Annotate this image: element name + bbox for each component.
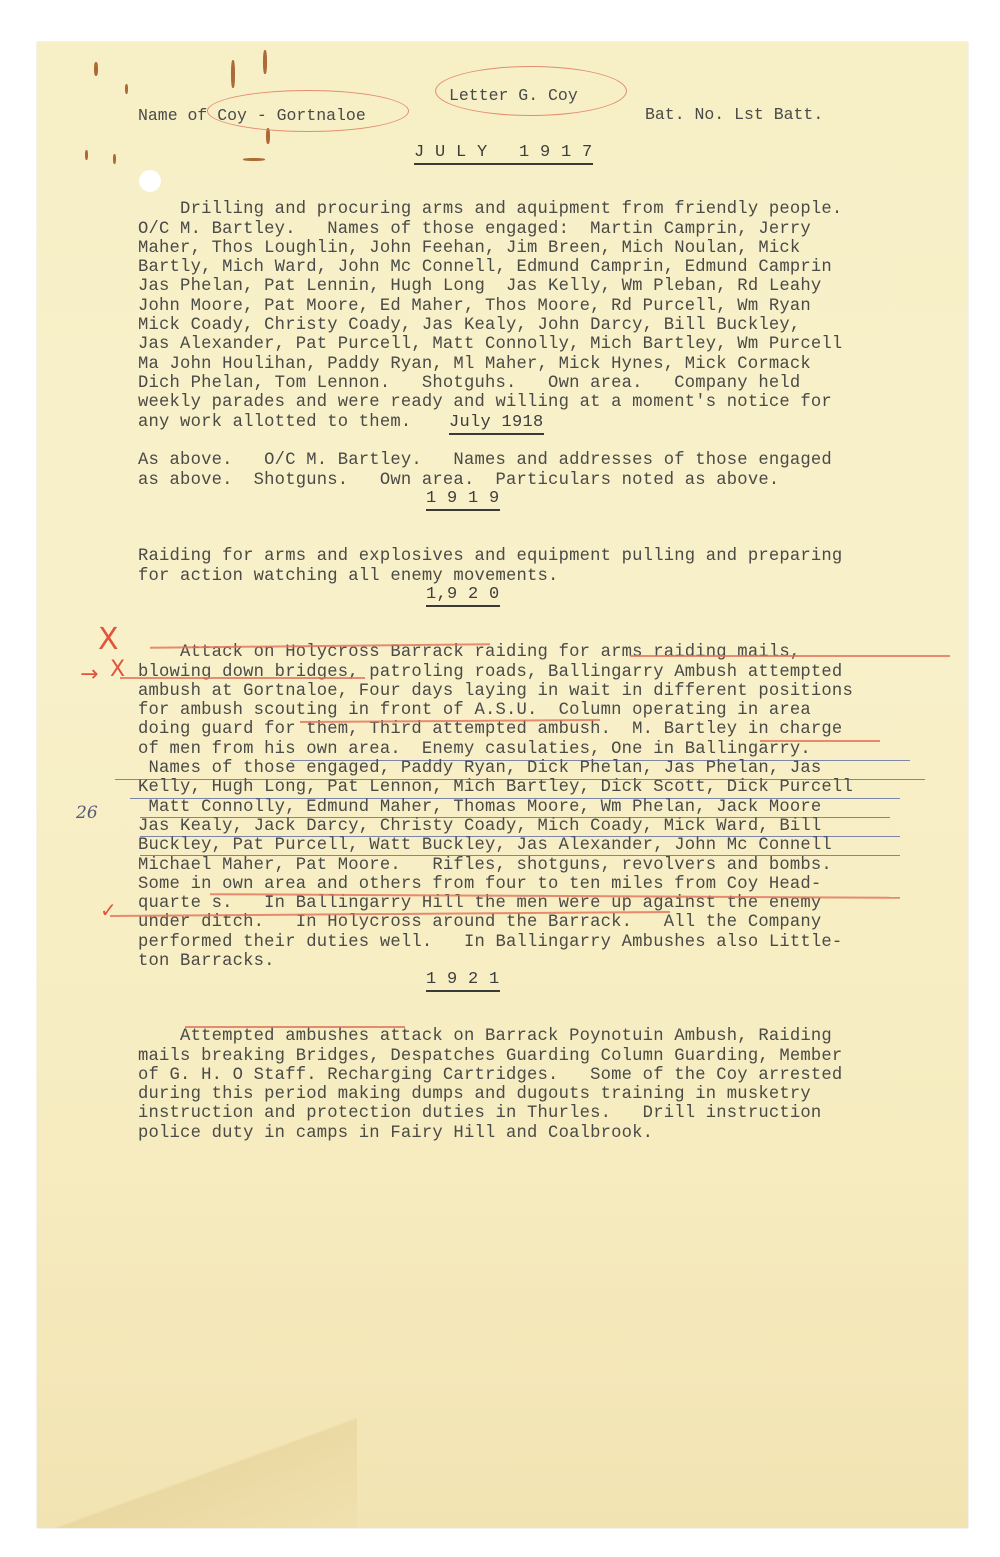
red-x-mark: X — [98, 625, 119, 655]
red-underline-annotation — [120, 677, 365, 679]
section-heading-1919: 1 9 1 9 — [426, 489, 500, 511]
red-x-mark: X — [110, 655, 125, 685]
text-line: Some in own area and others from four to… — [138, 875, 853, 894]
rust-stain — [113, 154, 116, 164]
text-line: performed their duties well. In Ballinga… — [138, 933, 853, 952]
red-circle-annotation — [207, 90, 409, 132]
red-underline-annotation — [185, 1026, 405, 1028]
text-line: ton Barracks. — [138, 952, 853, 971]
text-line: Bartly, Mich Ward, John Mc Connell, Edmu… — [138, 258, 842, 277]
text-line: Jas Phelan, Pat Lennin, Hugh Long Jas Ke… — [138, 277, 842, 296]
text-line: O/C M. Bartley. Names of those engaged: … — [138, 220, 842, 239]
section-heading-1920: 1,9 2 0 — [426, 585, 500, 607]
text-line: of men from his own area. Enemy casulati… — [138, 740, 853, 759]
text-line: police duty in camps in Fairy Hill and C… — [138, 1124, 842, 1143]
text-line: Jas Alexander, Pat Purcell, Matt Connoll… — [138, 335, 842, 354]
text-line: for ambush scouting in front of A.S.U. C… — [138, 701, 853, 720]
text-line: instruction and protection duties in Thu… — [138, 1104, 842, 1123]
blue-underline-annotation — [115, 779, 925, 780]
blue-underline-annotation — [140, 836, 900, 837]
text-line: weekly parades and were ready and willin… — [138, 393, 842, 412]
text-line: Jas Kealy, Jack Darcy, Christy Coady, Mi… — [138, 817, 853, 836]
text-line: during this period making dumps and dugo… — [138, 1085, 842, 1104]
text-line: of G. H. O Staff. Recharging Cartridges.… — [138, 1066, 842, 1085]
text-line: blowing down bridges, patroling roads, B… — [138, 663, 853, 682]
text-line: under ditch. In Holycross around the Bar… — [138, 913, 853, 932]
rust-stain — [125, 84, 128, 94]
red-underline-annotation — [760, 740, 880, 742]
red-arrow-mark: → — [80, 660, 98, 690]
text-line: John Moore, Pat Moore, Ed Maher, Thos Mo… — [138, 297, 842, 316]
text-line: doing guard for them, Third attempted am… — [138, 720, 853, 739]
text-line: Kelly, Hugh Long, Pat Lennon, Mich Bartl… — [138, 778, 853, 797]
section-heading-1917: J U L Y 1 9 1 7 — [414, 143, 593, 165]
text-line: Dich Phelan, Tom Lennon. Shotguhs. Own a… — [138, 374, 842, 393]
text-line: Names of those engaged, Paddy Ryan, Dick… — [138, 759, 853, 778]
text-line: Buckley, Pat Purcell, Watt Buckley, Jas … — [138, 836, 853, 855]
text-line: as above. Shotguns. Own area. Particular… — [138, 471, 832, 490]
rust-stain — [94, 62, 98, 76]
rust-stain — [85, 150, 88, 160]
section-body-1917: Drilling and procuring arms and aquipmen… — [138, 181, 842, 451]
text-line: Attempted ambushes attack on Barrack Poy… — [138, 1027, 842, 1046]
pencil-page-number: 26 — [76, 803, 98, 823]
text-line: ambush at Gortnaloe, Four days laying in… — [138, 682, 853, 701]
red-circle-annotation — [435, 66, 627, 116]
text-line: As above. O/C M. Bartley. Names and addr… — [138, 451, 832, 470]
text-line: Michael Maher, Pat Moore. Rifles, shotgu… — [138, 856, 853, 875]
text-line: Maher, Thos Loughlin, John Feehan, Jim B… — [138, 239, 842, 258]
red-check-mark: ✓ — [100, 895, 117, 925]
battalion-number: Bat. No. Lst Batt. — [645, 105, 823, 124]
text-line: Ma John Houlihan, Paddy Ryan, Ml Maher, … — [138, 355, 842, 374]
blue-underline-annotation — [140, 855, 900, 856]
text-line: for action watching all enemy movements. — [138, 567, 842, 586]
text-line: Matt Connolly, Edmund Maher, Thomas Moor… — [138, 798, 853, 817]
rust-stain — [231, 60, 235, 88]
section-heading-1921: 1 9 2 1 — [426, 970, 500, 992]
text-line: Mick Coady, Christy Coady, Jas Kealy, Jo… — [138, 316, 842, 335]
section-body-1921: Attempted ambushes attack on Barrack Poy… — [138, 1008, 842, 1162]
red-underline-annotation — [630, 655, 950, 657]
section-body-1920: Attack on Holycross Barrack raiding for … — [138, 624, 853, 991]
text-line: Drilling and procuring arms and aquipmen… — [138, 200, 842, 219]
text-line: Raiding for arms and explosives and equi… — [138, 547, 842, 566]
blue-underline-annotation — [140, 817, 890, 818]
blue-underline-annotation — [290, 760, 910, 761]
blue-underline-annotation — [130, 798, 900, 799]
rust-stain — [263, 50, 267, 74]
text-line: mails breaking Bridges, Despatches Guard… — [138, 1047, 842, 1066]
rust-stain — [243, 158, 265, 161]
